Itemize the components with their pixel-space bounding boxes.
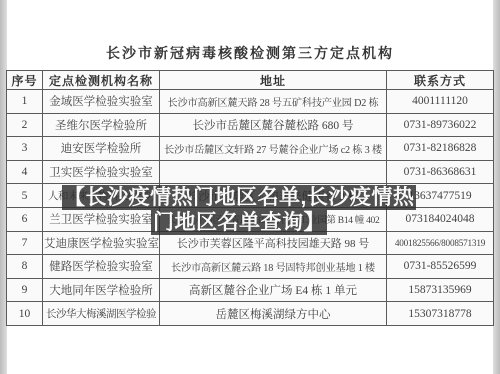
cell-address: 长沙市高新区麓天路 28 号五矿科技产业园 D2 栋 xyxy=(160,90,387,114)
header-row: 序号定点检测机构名称地址联系方式 xyxy=(7,71,494,90)
cell-address: 长沙市芙蓉区隆平高科技园雄天路 98 号 xyxy=(160,231,387,255)
testing-institutions-table: 序号定点检测机构名称地址联系方式 1金域医学检验实验室长沙市高新区麓天路 28 … xyxy=(6,70,494,326)
table-row: 10长沙华大梅溪湖医学检验岳麓区梅溪湖绿方中心15307318778 xyxy=(7,302,494,326)
column-header-1: 定点检测机构名称 xyxy=(43,71,160,90)
cell-no: 6 xyxy=(7,207,43,231)
column-header-3: 联系方式 xyxy=(387,71,494,90)
table-row: 6兰卫医学检验实验室长沙市开福区中青路 1318 号佳海工业园第 B14 幢 4… xyxy=(7,207,494,231)
table-row: 8健路医学检验实验室长沙市高新区麓云路 18 号固特邦创业基地 1 楼0731-… xyxy=(7,255,494,279)
cell-name: 圣维尔医学检验所 xyxy=(43,113,160,137)
scanned-document: 长沙市新冠病毒核酸检测第三方定点机构 序号定点检测机构名称地址联系方式 1金域医… xyxy=(0,0,500,374)
cell-address: 长沙市岳麓区人和未来健康谷 2 栋 xyxy=(160,184,387,208)
cell-name: 长沙华大梅溪湖医学检验 xyxy=(43,302,160,326)
cell-contact: 0731-86368631 xyxy=(387,160,494,184)
cell-contact: 13637477519 xyxy=(387,184,494,208)
cell-no: 4 xyxy=(7,160,43,184)
cell-contact: 0731-82186828 xyxy=(387,137,494,161)
cell-no: 9 xyxy=(7,278,43,302)
cell-name: 艾迪康医学检验实验室 xyxy=(43,231,160,255)
table-header: 序号定点检测机构名称地址联系方式 xyxy=(7,71,494,90)
cell-no: 7 xyxy=(7,231,43,255)
cell-address: 岳麓区梅溪湖绿方中心 xyxy=(160,302,387,326)
cell-address: 长沙市岳麓区文轩路 27 号麓谷企业广场 c2 栋 3 楼 xyxy=(160,137,387,161)
cell-contact: 15873135969 xyxy=(387,278,494,302)
cell-no: 5 xyxy=(7,184,43,208)
cell-name: 人和未来生物科技(长沙) xyxy=(43,184,160,208)
page: { "page": { "title": "长沙市新冠病毒核酸检测第三方定点机构… xyxy=(0,0,500,374)
cell-no: 1 xyxy=(7,90,43,114)
table-row: 2圣维尔医学检验所长沙市岳麓区麓谷麓松路 680 号0731-89736022 xyxy=(7,113,494,137)
table-body: 1金域医学检验实验室长沙市高新区麓天路 28 号五矿科技产业园 D2 栋4001… xyxy=(7,90,494,326)
table-row: 4卫实医学检验实验室0731-86368631 xyxy=(7,160,494,184)
cell-contact: 4001111120 xyxy=(387,90,494,114)
cell-contact: 0731-89736022 xyxy=(387,113,494,137)
cell-name: 健路医学检验实验室 xyxy=(43,255,160,279)
cell-contact: 073184024048 xyxy=(387,207,494,231)
cell-name: 迪安医学检验所 xyxy=(43,137,160,161)
cell-contact: 0731-85526599 xyxy=(387,255,494,279)
cell-name: 兰卫医学检验实验室 xyxy=(43,207,160,231)
cell-address: 长沙市高新区麓云路 18 号固特邦创业基地 1 楼 xyxy=(160,255,387,279)
table-row: 9大地同年医学检验所高新区麓谷企业广场 E4 栋 1 单元15873135969 xyxy=(7,278,494,302)
cell-contact: 4001825566/8008571319 xyxy=(387,231,494,255)
cell-address: 长沙市开福区中青路 1318 号佳海工业园第 B14 幢 402 xyxy=(160,207,387,231)
cell-no: 2 xyxy=(7,113,43,137)
cell-address xyxy=(160,160,387,184)
column-header-0: 序号 xyxy=(7,71,43,90)
table-row: 7艾迪康医学检验实验室长沙市芙蓉区隆平高科技园雄天路 98 号400182556… xyxy=(7,231,494,255)
cell-address: 长沙市岳麓区麓谷麓松路 680 号 xyxy=(160,113,387,137)
table-row: 3迪安医学检验所长沙市岳麓区文轩路 27 号麓谷企业广场 c2 栋 3 楼073… xyxy=(7,137,494,161)
table-row: 5人和未来生物科技(长沙)长沙市岳麓区人和未来健康谷 2 栋1363747751… xyxy=(7,184,494,208)
cell-no: 10 xyxy=(7,302,43,326)
cell-no: 3 xyxy=(7,137,43,161)
page-title: 长沙市新冠病毒核酸检测第三方定点机构 xyxy=(0,43,500,63)
column-header-2: 地址 xyxy=(160,71,387,90)
cell-name: 卫实医学检验实验室 xyxy=(43,160,160,184)
cell-contact: 15307318778 xyxy=(387,302,494,326)
cell-address: 高新区麓谷企业广场 E4 栋 1 单元 xyxy=(160,278,387,302)
cell-name: 大地同年医学检验所 xyxy=(43,278,160,302)
cell-name: 金域医学检验实验室 xyxy=(43,90,160,114)
cell-no: 8 xyxy=(7,255,43,279)
table-row: 1金域医学检验实验室长沙市高新区麓天路 28 号五矿科技产业园 D2 栋4001… xyxy=(7,90,494,114)
